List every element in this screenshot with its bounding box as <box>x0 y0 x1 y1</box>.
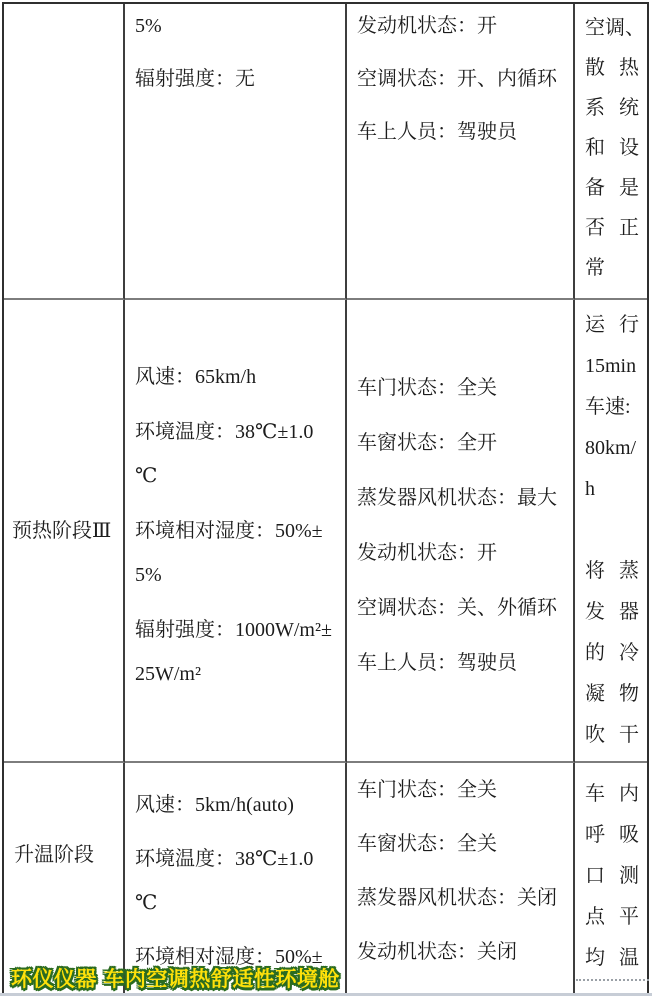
condition-text: 5% <box>135 4 335 48</box>
stage-label-preheat-3: 预热阶段Ⅲ <box>12 509 111 553</box>
vehicle-state-text: 空调状态：开、内循环 <box>357 57 563 101</box>
notes-cell-row2: 运行15min车速:80km/h 将蒸发器的冷凝物吹干 <box>575 300 647 763</box>
note-char: 散 <box>585 48 605 88</box>
note-char: 蒸 <box>619 551 639 592</box>
note-char: 口 <box>585 856 605 897</box>
note-char: 和 <box>585 128 605 168</box>
note-line: 点平 <box>585 897 639 938</box>
note-char: 凝 <box>585 674 605 715</box>
stage-cell-row1 <box>4 4 125 300</box>
text-line: 环境温度：38℃±1.0 <box>135 837 335 881</box>
note-line: 和设 <box>585 128 639 168</box>
stage-cell-row2: 预热阶段Ⅲ <box>4 300 125 763</box>
note-line: 凝物 <box>585 674 639 715</box>
note-char: 将 <box>585 551 605 592</box>
vehicle-state-text: 车门状态：全关 <box>357 768 563 812</box>
note-char: 行 <box>619 305 639 346</box>
text-line: 5% <box>135 4 335 48</box>
note-line: 的冷 <box>585 633 639 674</box>
note-char: 吸 <box>619 815 639 856</box>
note-char: 平 <box>619 897 639 938</box>
conditions-cell-row1: 5%辐射强度：无 <box>125 4 347 300</box>
notes-cell-row1: 空调、散热系统和设备是否正常 <box>575 4 647 300</box>
note-char: 呼 <box>585 815 605 856</box>
note-char: 正 <box>619 208 639 248</box>
text-line: 风速：5km/h(auto) <box>135 783 335 827</box>
note-line: 系统 <box>585 88 639 128</box>
note-char: 点 <box>585 897 605 938</box>
vehicle-state-cell-row2: 车门状态：全关车窗状态：全开蒸发器风机状态：最大发动机状态：开空调状态：关、外循… <box>347 300 575 763</box>
vehicle-state-text: 空调状态：关、外循环 <box>357 586 563 630</box>
vehicle-state-text: 蒸发器风机状态：关闭 <box>357 876 563 920</box>
page-bottom-edge <box>0 993 652 996</box>
text-line: ℃ <box>135 881 335 925</box>
note-line: 口测 <box>585 856 639 897</box>
vehicle-state-text: 蒸发器风机状态：最大 <box>357 476 563 520</box>
note-line: 80km/ <box>585 428 639 469</box>
text-line: 环境温度：38℃±1.0 <box>135 410 335 454</box>
note-line: 将蒸 <box>585 551 639 592</box>
condition-text: 环境温度：38℃±1.0℃ <box>135 837 335 925</box>
note-line: 车速: <box>585 387 639 428</box>
note-char: 物 <box>619 674 639 715</box>
note-line: 否正 <box>585 208 639 248</box>
text-line: 发动机状态：开 <box>357 531 563 575</box>
notes-cell-row3: 车内呼吸口测点平均温 <box>575 763 647 993</box>
vehicle-state-text: 车窗状态：全开 <box>357 421 563 465</box>
note-char: 器 <box>619 592 639 633</box>
text-line: 发动机状态：关闭 <box>357 930 563 974</box>
note-line: 均温 <box>585 938 639 979</box>
note-line: 散热 <box>585 48 639 88</box>
stage-cell-row3: 升温阶段 <box>4 763 125 993</box>
note-line: 常 <box>585 248 639 288</box>
text-line: 发动机状态：开 <box>357 4 563 48</box>
condition-text: 风速：5km/h(auto) <box>135 783 335 827</box>
note-char: 干 <box>619 715 639 756</box>
stage-label-warmup: 升温阶段 <box>14 844 94 866</box>
note-char: 测 <box>619 856 639 897</box>
note-char: 系 <box>585 88 605 128</box>
text-line: 辐射强度：1000W/m²± <box>135 608 335 652</box>
document-page: 5%辐射强度：无 发动机状态：开空调状态：开、内循环车上人员：驾驶员 空调、散热… <box>0 0 652 1000</box>
vehicle-state-cell-row1: 发动机状态：开空调状态：开、内循环车上人员：驾驶员 <box>347 4 575 300</box>
text-line: 车窗状态：全关 <box>357 822 563 866</box>
note-char: 温 <box>619 938 639 979</box>
note-line: 呼吸 <box>585 815 639 856</box>
note-line: 15min <box>585 346 639 387</box>
vehicle-state-text: 车窗状态：全关 <box>357 822 563 866</box>
note-line: 备是 <box>585 168 639 208</box>
note-char: 车 <box>585 774 605 815</box>
notes-column-bottom-border <box>576 979 649 981</box>
text-line: 车上人员：驾驶员 <box>357 110 563 154</box>
text-line: 车窗状态：全开 <box>357 421 563 465</box>
watermark-text: 环仪仪器 车内空调热舒适性环境舱 <box>11 963 340 993</box>
note-char: 均 <box>585 938 605 979</box>
vehicle-state-cell-row3: 车门状态：全关车窗状态：全关蒸发器风机状态：关闭发动机状态：关闭 <box>347 763 575 993</box>
text-line: 5% <box>135 553 335 597</box>
text-line: 风速：65km/h <box>135 355 335 399</box>
note-char: 内 <box>619 774 639 815</box>
vehicle-state-text: 车上人员：驾驶员 <box>357 110 563 154</box>
condition-text: 辐射强度：无 <box>135 57 335 101</box>
text-line: 空调状态：开、内循环 <box>357 57 563 101</box>
text-line: 空调状态：关、外循环 <box>357 586 563 630</box>
vehicle-state-text: 车上人员：驾驶员 <box>357 641 563 685</box>
conditions-cell-row2: 风速：65km/h环境温度：38℃±1.0℃环境相对湿度：50%±5%辐射强度：… <box>125 300 347 763</box>
note-char: 的 <box>585 633 605 674</box>
note-char: 空 <box>585 8 605 48</box>
text-line: 车门状态：全关 <box>357 366 563 410</box>
conditions-cell-row3: 风速：5km/h(auto)环境温度：38℃±1.0℃环境相对湿度：50%± <box>125 763 347 993</box>
note-line <box>585 510 639 551</box>
condition-text: 辐射强度：1000W/m²±25W/m² <box>135 608 335 696</box>
note-line: 空调、 <box>585 8 639 48</box>
text-line: 蒸发器风机状态：关闭 <box>357 876 563 920</box>
note-char: 是 <box>619 168 639 208</box>
note-char: 运 <box>585 305 605 346</box>
text-line: 环境相对湿度：50%± <box>135 509 335 553</box>
condition-text: 风速：65km/h <box>135 355 335 399</box>
text-line: ℃ <box>135 454 335 498</box>
note-char: 发 <box>585 592 605 633</box>
vehicle-state-text: 发动机状态：开 <box>357 531 563 575</box>
condition-text: 环境相对湿度：50%±5% <box>135 509 335 597</box>
text-line: 蒸发器风机状态：最大 <box>357 476 563 520</box>
text-line: 辐射强度：无 <box>135 57 335 101</box>
text-line: 车门状态：全关 <box>357 768 563 812</box>
note-line: h <box>585 469 639 510</box>
note-char: 调、 <box>605 8 645 48</box>
note-char: 统 <box>619 88 639 128</box>
note-line: 车内 <box>585 774 639 815</box>
note-char: 否 <box>585 208 605 248</box>
note-line: 吹干 <box>585 715 639 756</box>
vehicle-state-text: 车门状态：全关 <box>357 366 563 410</box>
note-char: 吹 <box>585 715 605 756</box>
vehicle-state-text: 发动机状态：关闭 <box>357 930 563 974</box>
note-char: 设 <box>619 128 639 168</box>
vehicle-state-text: 发动机状态：开 <box>357 4 563 48</box>
note-char: 冷 <box>619 633 639 674</box>
test-conditions-table: 5%辐射强度：无 发动机状态：开空调状态：开、内循环车上人员：驾驶员 空调、散热… <box>2 2 649 993</box>
text-line: 25W/m² <box>135 652 335 696</box>
note-char: 热 <box>619 48 639 88</box>
condition-text: 环境温度：38℃±1.0℃ <box>135 410 335 498</box>
note-line: 发器 <box>585 592 639 633</box>
text-line: 车上人员：驾驶员 <box>357 641 563 685</box>
note-line: 运行 <box>585 305 639 346</box>
note-char: 备 <box>585 168 605 208</box>
